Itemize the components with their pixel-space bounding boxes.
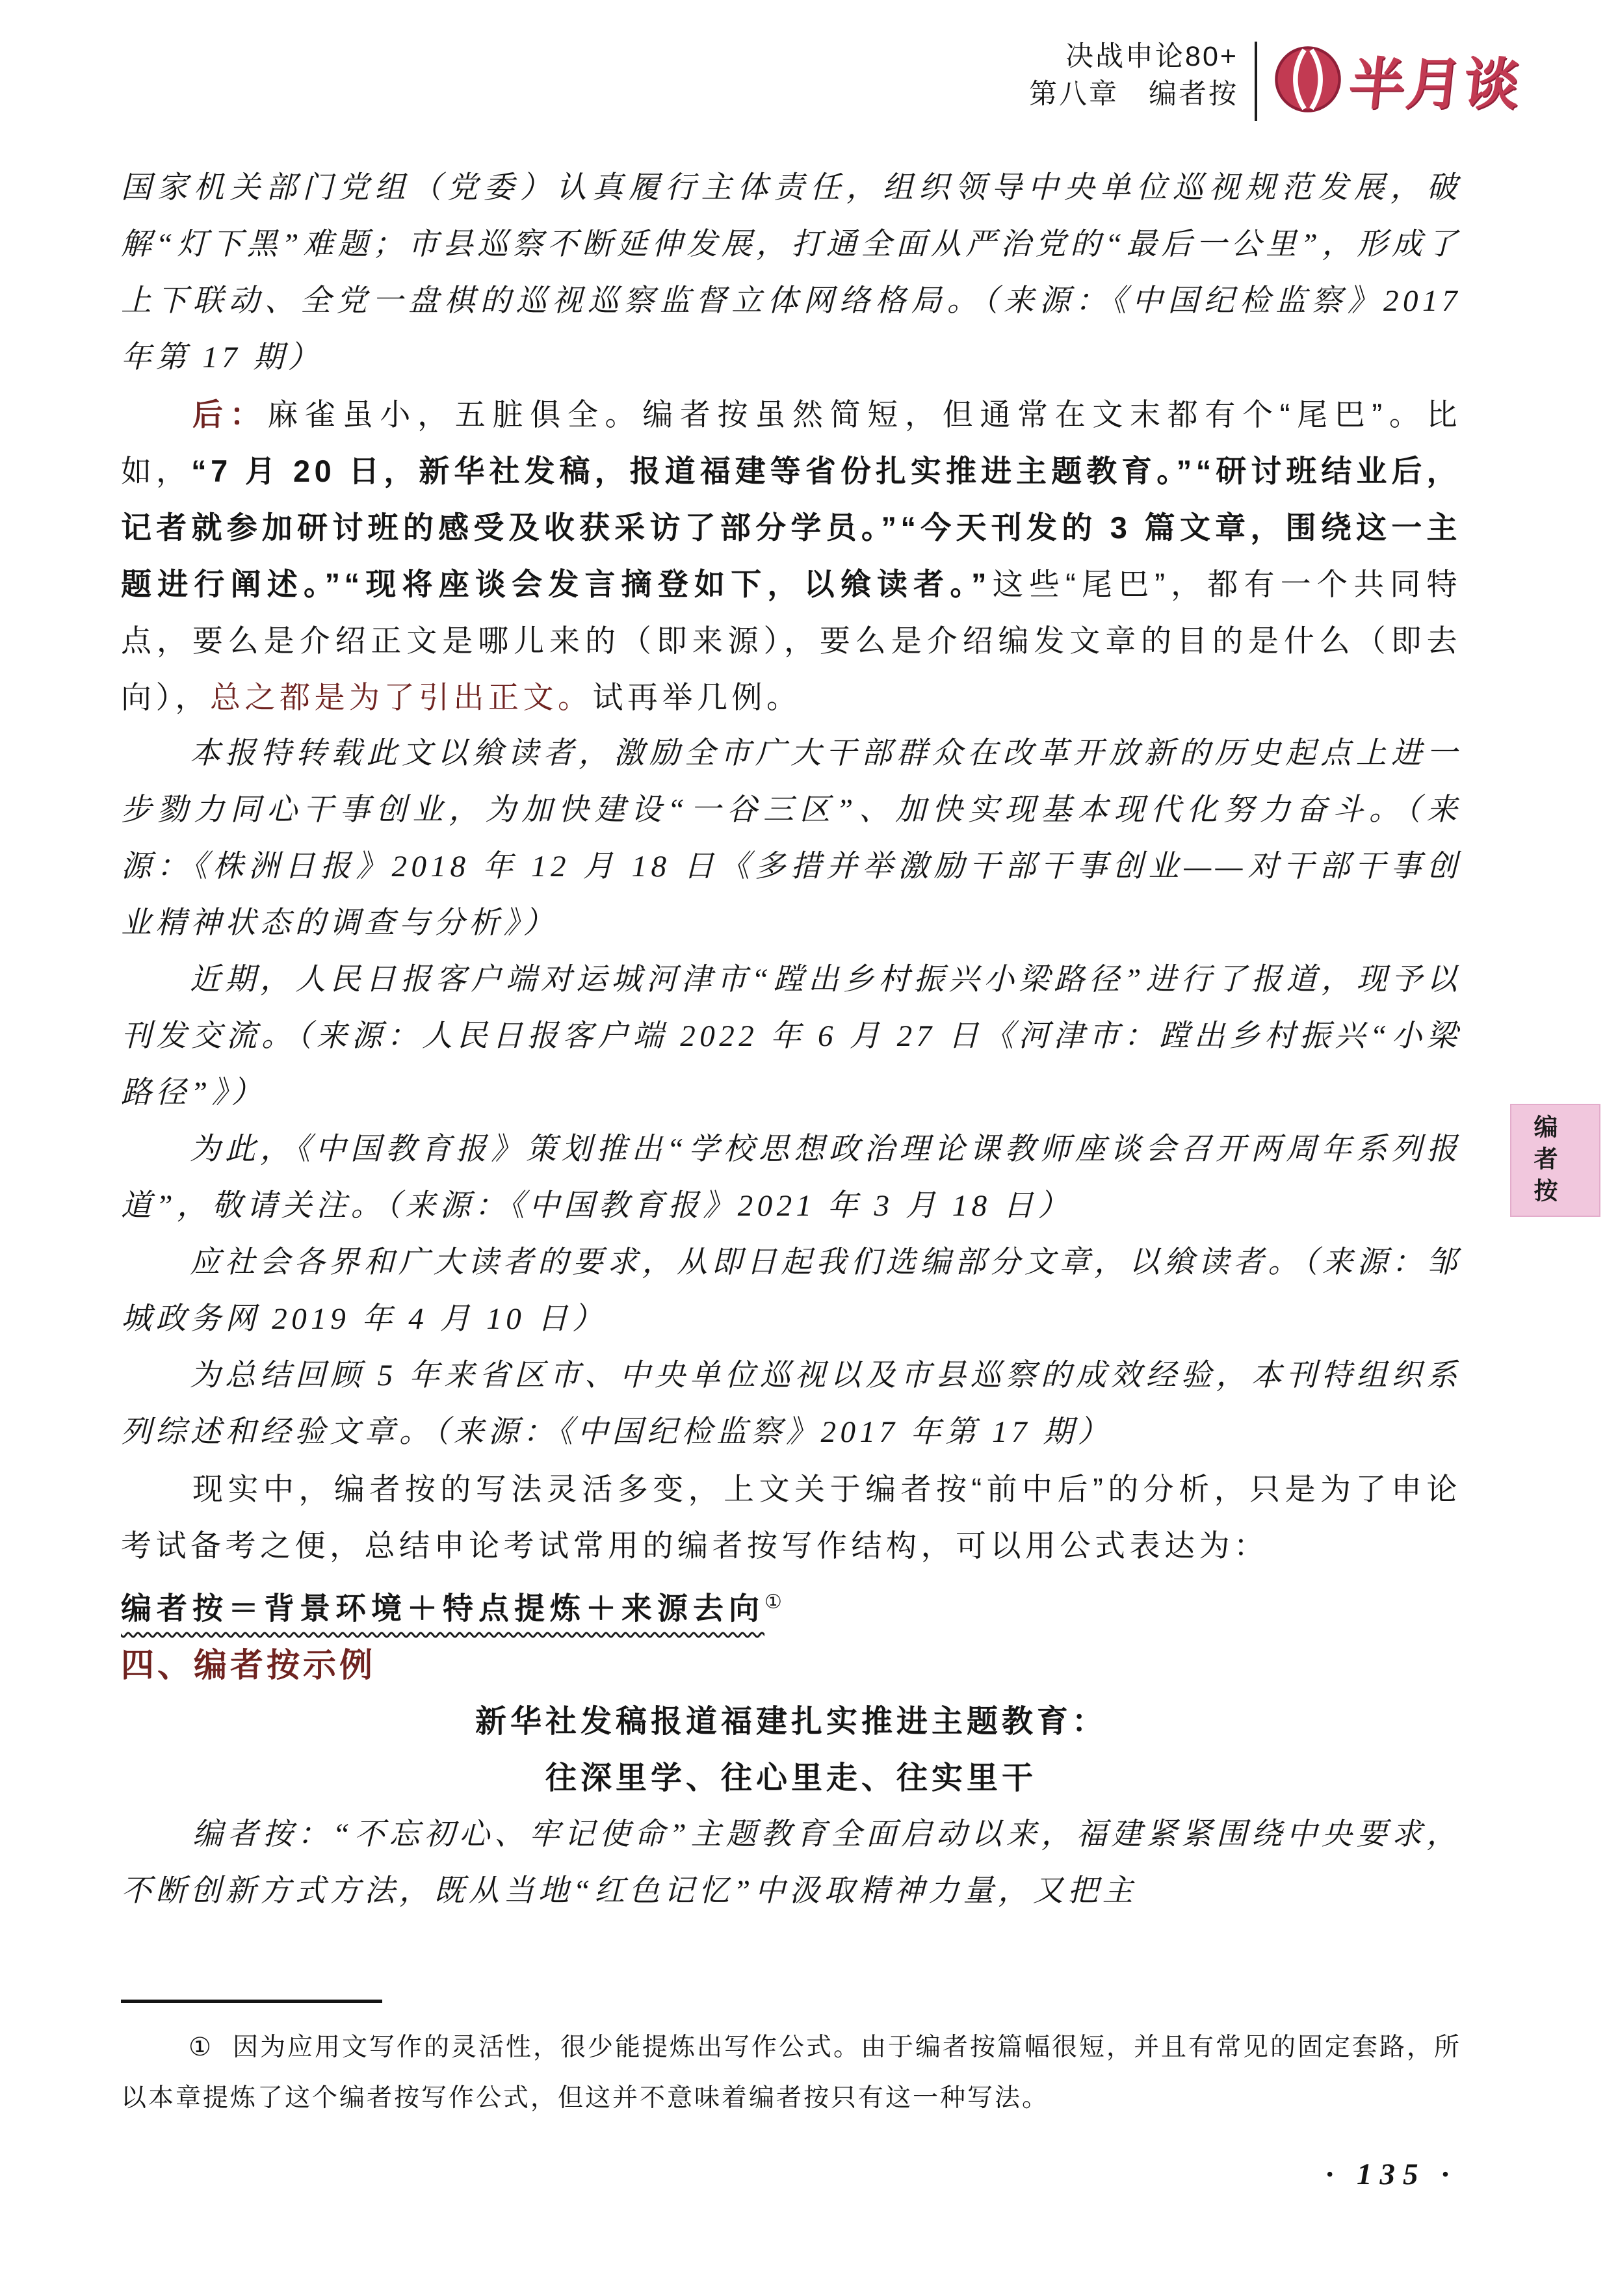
- footnote-body: 因为应用文写作的灵活性，很少能提炼出写作公式。由于编者按篇幅很短，并且有常见的固…: [121, 2033, 1461, 2112]
- example-quote-2: 近期，人民日报客户端对运城河津市“蹚出乡村振兴小梁路径”进行了报道，现予以刊发交…: [121, 952, 1461, 1121]
- tail-normal-3: 试再举几例。: [593, 680, 802, 714]
- chapter-title: 第八章 编者按: [910, 75, 1238, 113]
- banyuetan-logo: 半月谈: [1273, 39, 1521, 120]
- chapter-side-tab: 编者按: [1510, 1104, 1600, 1217]
- tail-lead-label: 后：: [192, 397, 267, 432]
- banyuetan-logo-icon: [1273, 44, 1343, 114]
- example-quote-3: 为此，《中国教育报》策划推出“学校思想政治理论课教师座谈会召开两周年系列报道”，…: [121, 1121, 1461, 1234]
- footnote-text: ①因为应用文写作的灵活性，很少能提炼出写作公式。由于编者按篇幅很短，并且有常见的…: [121, 2022, 1461, 2124]
- example-quote-4: 应社会各界和广大读者的要求，从即日起我们选编部分文章，以飨读者。（来源：邹城政务…: [121, 1234, 1461, 1348]
- example-title-line1: 新华社发稿报道福建扎实推进主题教育：: [121, 1693, 1461, 1750]
- footnote-marker: ①: [189, 2033, 213, 2061]
- main-text: 国家机关部门党组（党委）认真履行主体责任，组织领导中央单位巡视规范发展，破解“灯…: [121, 160, 1461, 1920]
- section-heading: 四、编者按示例: [121, 1637, 1461, 1693]
- reality-paragraph: 现实中，编者按的写法灵活多变，上文关于编者按“前中后”的分析，只是为了申论考试备…: [121, 1461, 1461, 1574]
- page-number: · 135 ·: [1326, 2157, 1457, 2192]
- book-title: 决战申论80+: [910, 38, 1238, 75]
- header-divider: [1255, 42, 1257, 121]
- formula-footnote-ref: ①: [764, 1591, 782, 1613]
- editor-note-formula: 编者按＝背景环境＋特点提炼＋来源去向①: [121, 1574, 1461, 1637]
- example-quote-5: 为总结回顾 5 年来省区市、中央单位巡视以及市县巡察的成效经验，本刊特组织系列综…: [121, 1348, 1461, 1461]
- logo-wordmark: 半月谈: [1345, 39, 1525, 120]
- quote-paragraph-continuation: 国家机关部门党组（党委）认真履行主体责任，组织领导中央单位巡视规范发展，破解“灯…: [121, 160, 1461, 386]
- example-quote-1: 本报特转载此文以飨读者，激励全市广大干部群众在改革开放新的历史起点上进一步勠力同…: [121, 725, 1461, 952]
- tail-analysis-paragraph: 后：麻雀虽小，五脏俱全。编者按虽然简短，但通常在文末都有个“尾巴”。比如，“7 …: [121, 386, 1461, 725]
- running-header: 决战申论80+ 第八章 编者按: [910, 38, 1238, 113]
- side-tab-label: 编者按: [1526, 1114, 1561, 1210]
- footnote-area: ①因为应用文写作的灵活性，很少能提炼出写作公式。由于编者按篇幅很短，并且有常见的…: [121, 2000, 1461, 2124]
- example-title-line2: 往深里学、往心里走、往实里干: [121, 1750, 1461, 1807]
- example-editor-note-body: 编者按：“不忘初心、牢记使命”主题教育全面启动以来，福建紧紧围绕中央要求，不断创…: [121, 1807, 1461, 1920]
- footnote-separator: [121, 2000, 382, 2003]
- book-page: 决战申论80+ 第八章 编者按 半月谈 编者按 国家机关部门党组（党委）认真履行…: [0, 0, 1605, 2296]
- formula-text: 编者按＝背景环境＋特点提炼＋来源去向: [121, 1591, 764, 1626]
- tail-accent-phrase: 总之都是为了引出正文。: [210, 680, 593, 714]
